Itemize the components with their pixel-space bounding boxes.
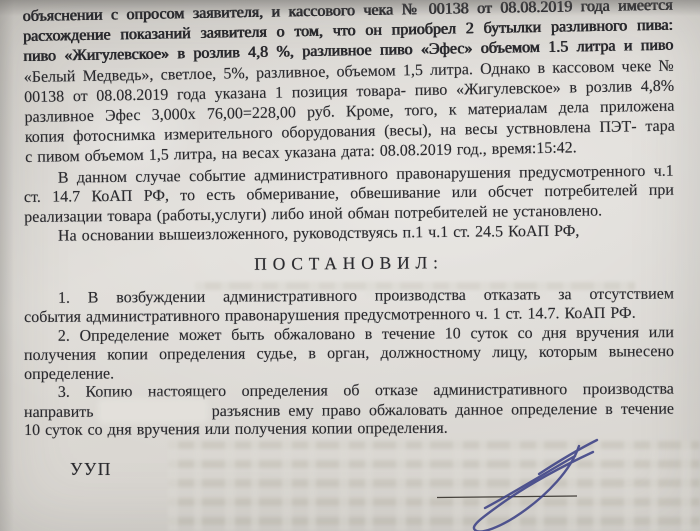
scanned-document-page: объяснении с опросом заявителя, и кассов…	[0, 0, 700, 531]
signature-ink	[474, 440, 597, 531]
resolution-item-1: 1. В возбуждении административного произ…	[24, 285, 674, 328]
body-paragraph-2: В данном случае событие административног…	[24, 161, 675, 227]
resolution-item-2: 2. Определение может быть обжаловано в т…	[24, 323, 674, 384]
document-body: объяснении с опросом заявителя, и кассов…	[24, 7, 674, 441]
resolution-heading: ПОСТАНОВИЛ:	[24, 251, 674, 277]
officer-title-label: УУП	[70, 459, 112, 480]
document-line: направить разъяснив ему право обжаловать…	[24, 399, 674, 422]
signature	[425, 430, 605, 531]
paper-shadow	[0, 0, 14, 531]
redacted-text	[102, 402, 204, 420]
body-paragraph-1: объяснении с опросом заявителя, и кассов…	[23, 0, 676, 169]
